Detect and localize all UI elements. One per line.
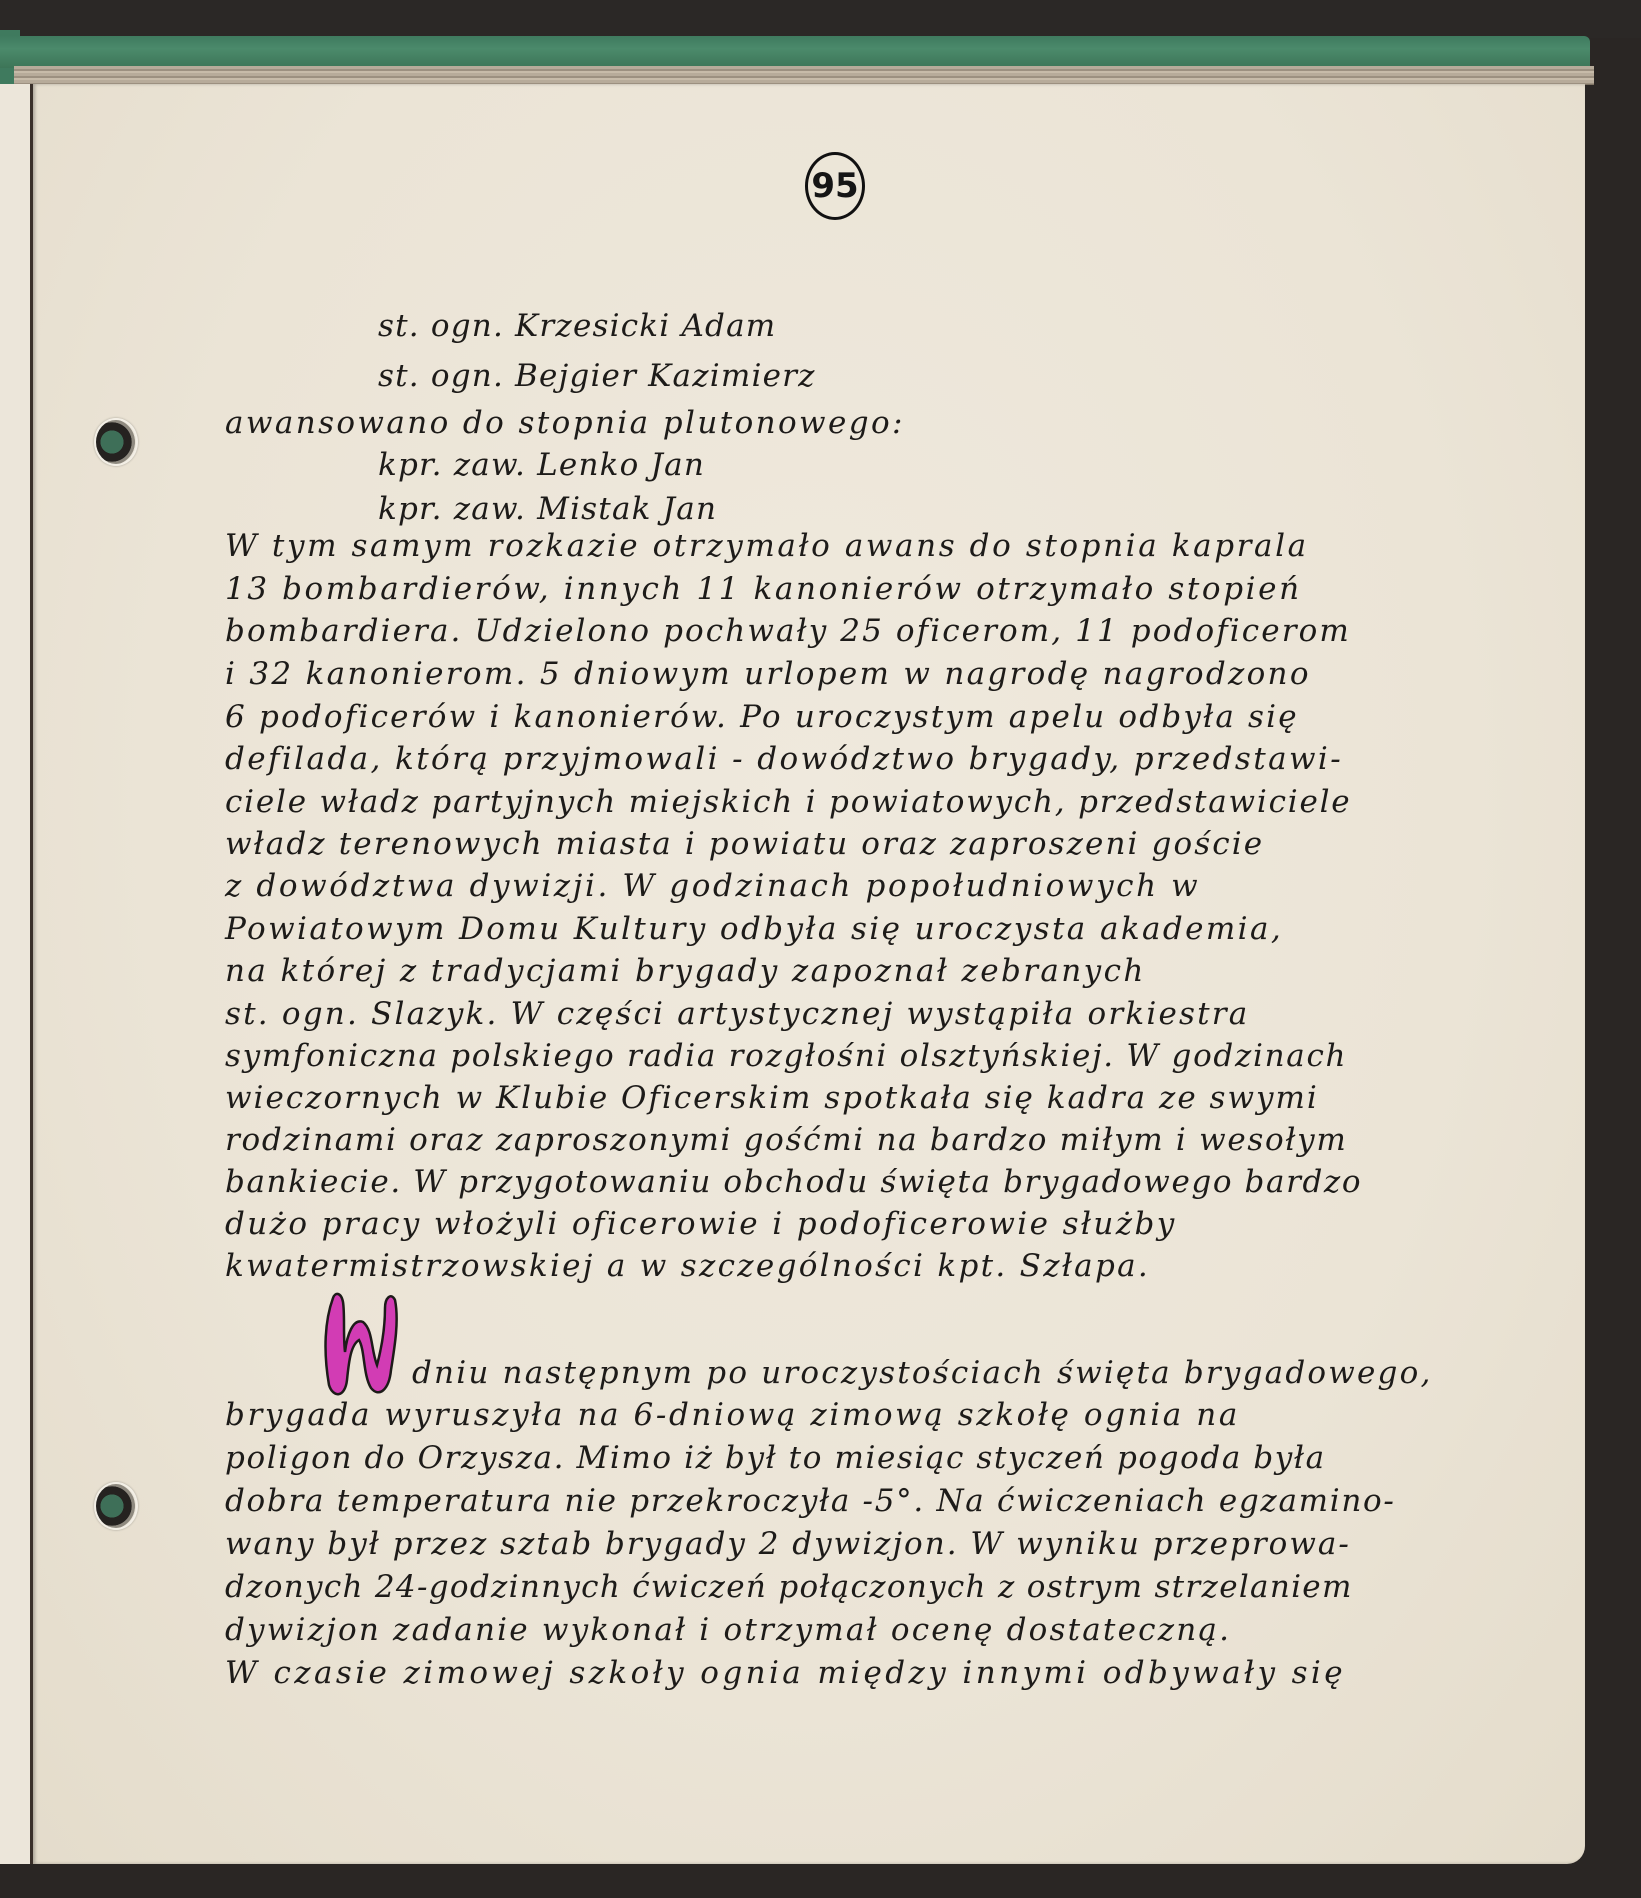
promoted-name-line: kpr. zaw. Mistak Jan xyxy=(378,491,717,527)
paragraph-line: Powiatowym Domu Kultury odbyła się urocz… xyxy=(225,911,1283,947)
name-line: st. ogn. Bejgier Kazimierz xyxy=(378,358,816,394)
paragraph-first-line: dniu następnym po uroczystościach święta… xyxy=(412,1355,1433,1391)
paragraph-line: rodzinami oraz zaproszonymi gośćmi na ba… xyxy=(225,1122,1347,1158)
punch-hole-icon xyxy=(94,418,138,466)
paragraph-line: st. ogn. Slazyk. W części artystycznej w… xyxy=(225,996,1249,1032)
name-line: st. ogn. Krzesicki Adam xyxy=(378,308,776,344)
drop-cap-w-icon: W xyxy=(315,1290,415,1400)
paragraph-line: defilada, którą przyjmowali - dowództwo … xyxy=(225,741,1343,777)
punch-hole-icon xyxy=(94,1482,138,1530)
paragraph-line: wieczornych w Klubie Oficerskim spotkała… xyxy=(225,1080,1319,1116)
page-stack-edges xyxy=(14,66,1594,85)
previous-page-edge xyxy=(0,84,33,1864)
paragraph-line: na której z tradycjami brygady zapoznał … xyxy=(225,953,1146,989)
paragraph-line: W tym samym rozkazie otrzymało awans do … xyxy=(225,528,1309,564)
paragraph-line: władz terenowych miasta i powiatu oraz z… xyxy=(225,826,1264,862)
paragraph-line: dobra temperatura nie przekroczyła -5°. … xyxy=(225,1483,1396,1519)
scan-background-top xyxy=(0,0,1641,38)
paragraph-line: dużo pracy włożyli oficerowie i podofice… xyxy=(225,1206,1177,1242)
paragraph-line: bombardiera. Udzielono pochwały 25 ofice… xyxy=(225,613,1351,649)
paragraph-line: symfoniczna polskiego radia rozgłośni ol… xyxy=(225,1038,1347,1074)
paragraph-line: i 32 kanonierom. 5 dniowym urlopem w nag… xyxy=(225,656,1311,692)
promotion-heading: awansowano do stopnia plutonowego: xyxy=(225,405,905,441)
paragraph-line: 6 podoficerów i kanonierów. Po uroczysty… xyxy=(225,699,1299,735)
book-cover-spine xyxy=(0,36,1590,68)
paragraph-line: z dowództwa dywizji. W godzinach popołud… xyxy=(225,868,1200,904)
paragraph-line: 13 bombardierów, innych 11 kanonierów ot… xyxy=(225,571,1302,607)
paragraph-line: dzonych 24-godzinnych ćwiczeń połączonyc… xyxy=(225,1569,1353,1605)
paragraph-line: ciele władz partyjnych miejskich i powia… xyxy=(225,784,1351,820)
page-number: 95 xyxy=(805,152,865,220)
paragraph-line: brygada wyruszyła na 6-dniową zimową szk… xyxy=(225,1397,1240,1433)
paragraph-line: poligon do Orzysza. Mimo iż był to miesi… xyxy=(225,1440,1326,1476)
paragraph-line: dywizjon zadanie wykonał i otrzymał ocen… xyxy=(225,1612,1231,1648)
paragraph-line: kwatermistrzowskiej a w szczególności kp… xyxy=(225,1248,1150,1284)
page-number-text: 95 xyxy=(811,166,858,206)
promoted-name-line: kpr. zaw. Lenko Jan xyxy=(378,447,705,483)
paragraph-line: wany był przez sztab brygady 2 dywizjon.… xyxy=(225,1526,1351,1562)
paragraph-line: bankiecie. W przygotowaniu obchodu święt… xyxy=(225,1164,1362,1200)
paragraph-line: W czasie zimowej szkoły ognia między inn… xyxy=(225,1655,1346,1691)
